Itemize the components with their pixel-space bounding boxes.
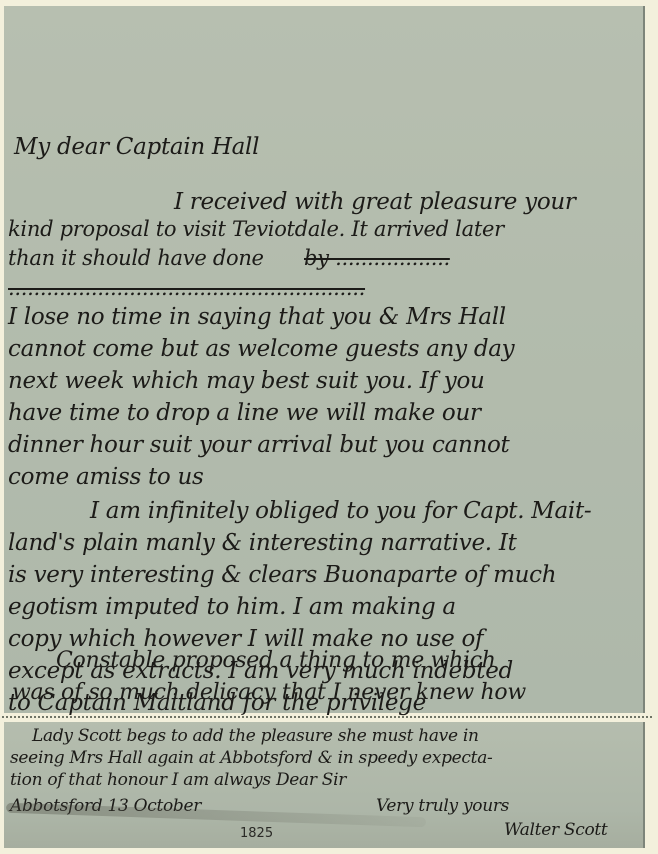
dotted-separator [2,716,652,718]
struck-text: ........................................… [8,276,365,300]
year-annotation: 1825 [240,826,273,841]
postscript-panel: Lady Scott begs to add the pleasure she … [4,722,645,848]
letter-page: My dear Captain Hall I received with gre… [4,6,645,713]
letter-line: Constable proposed a thing to me which [56,648,496,673]
letter-line: is very interesting & clears Buonaparte … [8,562,556,588]
signature: Walter Scott [504,820,607,840]
letter-line: dinner hour suit your arrival but you ca… [8,432,509,458]
letter-line: land's plain manly & interesting narrati… [8,530,517,556]
letter-line: kind proposal to visit Teviotdale. It ar… [8,217,504,241]
letter-line: have time to drop a line we will make ou… [8,400,481,426]
postscript-line: Lady Scott begs to add the pleasure she … [32,726,479,746]
letter-line: was of so much delicacy that I never kne… [12,680,526,705]
postscript-line: tion of that honour I am always Dear Sir [10,770,346,790]
letter-line: I am infinitely obliged to you for Capt.… [90,498,591,524]
salutation: My dear Captain Hall [14,134,259,160]
postscript-line: seeing Mrs Hall again at Abbotsford & in… [10,748,492,768]
letter-line: next week which may best suit you. If yo… [8,368,485,394]
letter-line: come amiss to us [8,464,203,490]
closing: Very truly yours [376,796,509,816]
letter-line: egotism imputed to him. I am making a [8,594,456,620]
struck-text: by .................. [304,246,450,270]
letter-line: cannot come but as welcome guests any da… [8,336,514,362]
letter-line: I lose no time in saying that you & Mrs … [8,304,506,330]
letter-line: I received with great pleasure your [174,189,576,215]
letter-line: than it should have done [8,246,264,270]
